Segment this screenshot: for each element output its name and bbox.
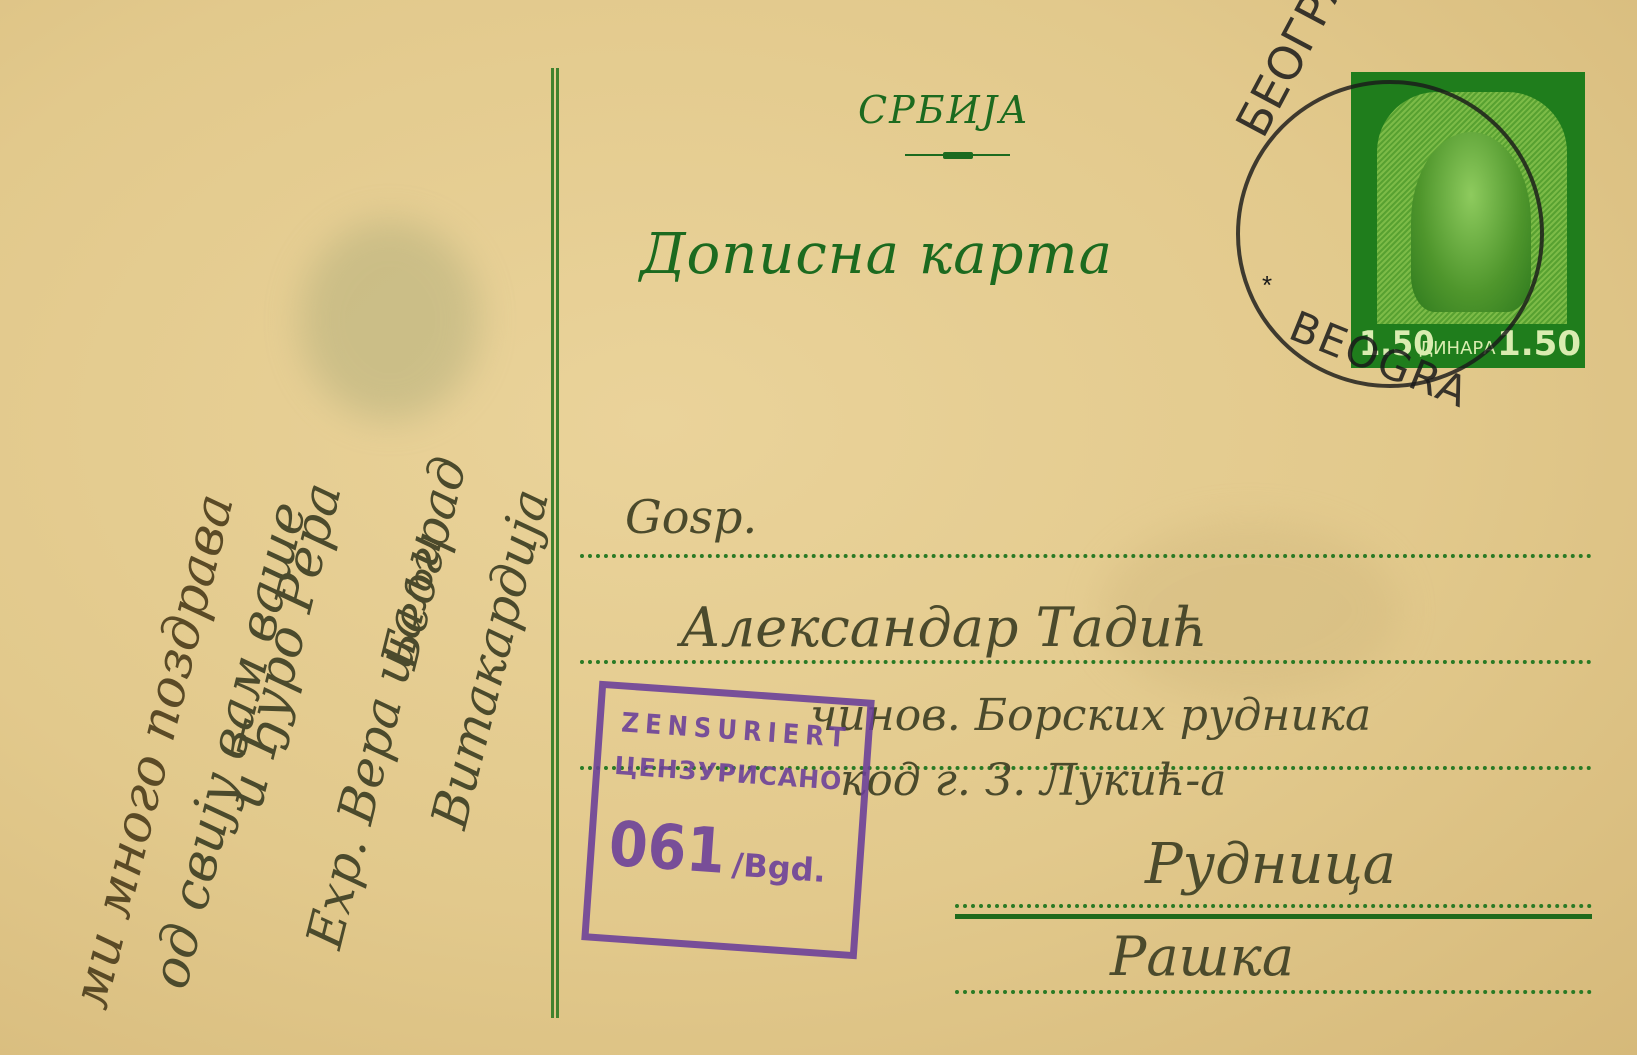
stain	[300, 220, 480, 420]
censor-number: 061	[607, 807, 728, 888]
address-line-occupation: чинов. Борских рудника	[810, 690, 1371, 741]
postcard: СРБИЈА Дописна карта 1.50 ДИНАРА 1.50 БЕ…	[0, 0, 1637, 1055]
address-salutation: Gosp.	[625, 490, 757, 544]
address-line-care-of: код г. З. Лукић-а	[840, 755, 1227, 806]
ornament-divider	[905, 152, 1010, 158]
card-title: Дописна карта	[640, 222, 1113, 287]
censor-line-german: ZENSURIERT	[620, 707, 852, 754]
address-line-2	[580, 660, 1592, 664]
country-heading: СРБИЈА	[858, 88, 1030, 132]
address-region: Рашка	[1110, 925, 1294, 988]
censor-office: /Bgd.	[731, 845, 827, 889]
censor-stamp: ZENSURIERT ЦЕНЗУРИСАНО 061 /Bgd.	[581, 681, 874, 960]
address-line-5	[955, 990, 1592, 994]
center-divider	[551, 68, 559, 1018]
address-name: Александар Тадић	[680, 596, 1208, 659]
censor-line-serbian: ЦЕНЗУРИСАНО	[614, 751, 844, 796]
message-line: Београд	[370, 451, 478, 674]
address-line-4	[955, 904, 1592, 908]
address-line-4-solid	[955, 914, 1592, 919]
address-line-1	[580, 554, 1592, 558]
address-city: Рудница	[1145, 832, 1396, 897]
postmark-star-icon: *	[1262, 270, 1272, 301]
